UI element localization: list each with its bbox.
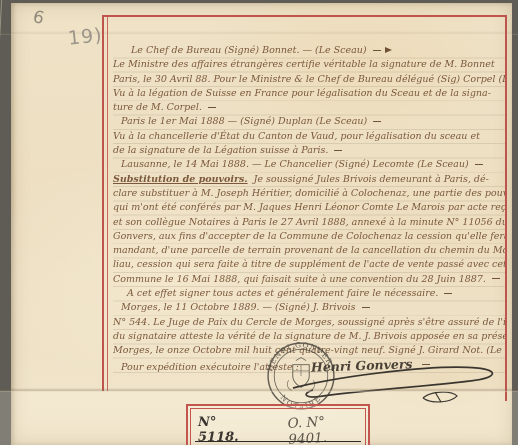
manuscript-text-block: Le Chef de Bureau (Signé) Bonnet. — (Le … (113, 44, 505, 377)
manuscript-line: ture de M. Corpel. (113, 101, 505, 115)
ink-rule (362, 307, 370, 308)
manuscript-line: Commune le 16 Mai 1888, qui faisait suit… (113, 273, 505, 287)
ink-rule (444, 293, 452, 294)
registry-underline (195, 441, 361, 442)
paraph-stroke (423, 392, 457, 402)
manuscript-line: qui m'ont été conférés par M. Jaques Hen… (113, 201, 505, 215)
fold-crease (0, 388, 518, 392)
ink-rule (475, 164, 483, 165)
manuscript-line: Gonvers, aux fins d'accepter de la Commu… (113, 230, 505, 244)
manuscript-line: clare substituer à M. Joseph Héritier, d… (113, 187, 505, 201)
manuscript-line: Le Ministre des affaires étrangères cert… (113, 58, 505, 72)
manuscript-line: Morges, le 11 Octobre 1889. — (Signé) J.… (113, 301, 505, 315)
registry-box: N° 5118. O. N° 9401. (186, 404, 370, 445)
manuscript-line: Paris le 1er Mai 1888 — (Signé) Duplan (… (113, 115, 505, 129)
arrow-flourish-icon (385, 47, 392, 53)
manuscript-line: et son collègue Notaires à Paris le 27 A… (113, 216, 505, 230)
manuscript-line: Vu à la légation de Suisse en France pou… (113, 87, 505, 101)
scanned-document: 6 19) Le Chef de Bureau (Signé) Bonnet. … (0, 0, 518, 445)
ink-rule (373, 50, 381, 51)
pencil-page-number: 19) (67, 24, 104, 49)
ink-rule (208, 107, 216, 108)
manuscript-line: Le Chef de Bureau (Signé) Bonnet. — (Le … (113, 44, 505, 58)
margin-rule-top (103, 15, 507, 17)
margin-rule-left-outer (102, 15, 104, 391)
manuscript-line: N° 544. Le Juge de Paix du Cercle de Mor… (113, 316, 505, 330)
manuscript-line: A cet effet signer tous actes et général… (113, 287, 505, 301)
margin-rule-left-inner (107, 15, 108, 391)
manuscript-line-heading: Substitution de pouvoirs.Je soussigné Ju… (113, 173, 505, 187)
manuscript-line: mandant, d'une parcelle de terrain prove… (113, 244, 505, 258)
manuscript-line: liau, cession qui sera faite à titre de … (113, 258, 505, 272)
substitution-heading: Substitution de pouvoirs. (113, 173, 248, 187)
ink-rule (334, 150, 342, 151)
flourish-stroke (293, 367, 492, 397)
manuscript-line: Lausanne, le 14 Mai 1888. — Le Chancelie… (113, 158, 505, 172)
margin-rule-right (505, 15, 507, 401)
manuscript-line: Paris, le 30 Avril 88. Pour le Ministre … (113, 73, 505, 87)
pencil-stroke (0, 0, 2, 43)
manuscript-line: de la signature de la Légation suisse à … (113, 144, 505, 158)
signature-flourish (285, 348, 510, 410)
ink-rule (492, 278, 500, 279)
manuscript-line: Vu à la chancellerie d'État du Canton de… (113, 130, 505, 144)
ink-rule (373, 121, 381, 122)
